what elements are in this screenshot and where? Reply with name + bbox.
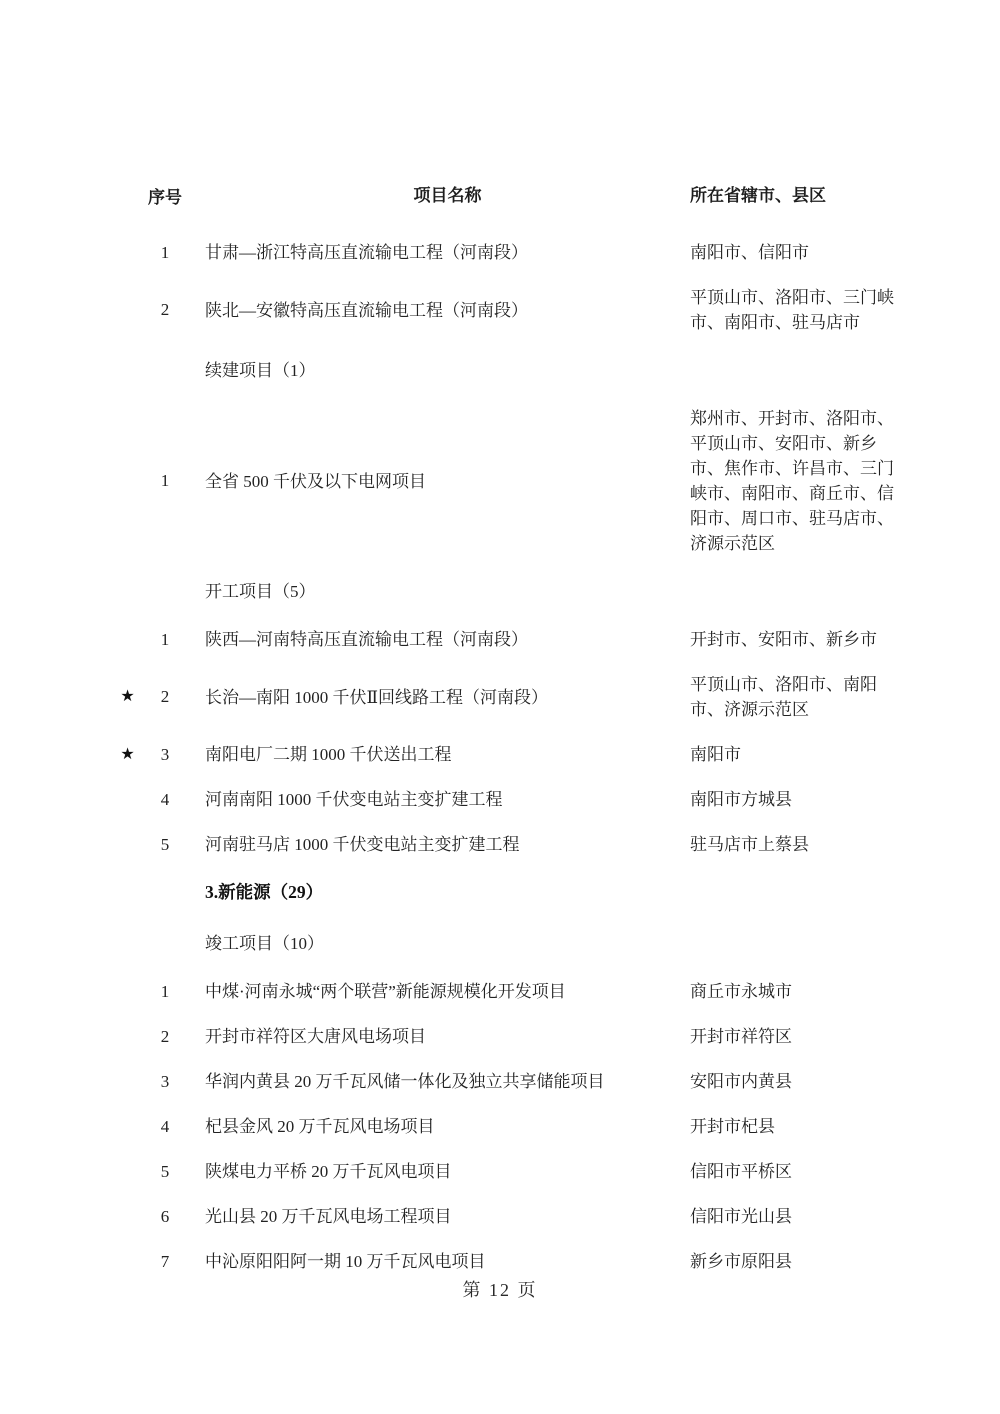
row-index: 1 [145, 630, 185, 650]
row-project-name: 光山县 20 万千瓦风电场工程项目 [185, 1204, 690, 1229]
row-index: 1 [145, 471, 185, 491]
star-cell: ★ [110, 688, 145, 706]
row-index: 7 [145, 1252, 185, 1272]
row-location: 开封市、安阳市、新乡市 [690, 627, 895, 652]
row-index: 5 [145, 835, 185, 855]
section-heading-text: 竣工项目（10） [185, 931, 690, 956]
row-location: 信阳市平桥区 [690, 1159, 895, 1184]
row-project-name: 甘肃—浙江特高压直流输电工程（河南段） [185, 240, 690, 265]
table-row: 4 河南南阳 1000 千伏变电站主变扩建工程 南阳市方城县 [110, 777, 900, 822]
star-cell: ★ [110, 746, 145, 764]
row-index: 4 [145, 1117, 185, 1137]
row-project-name: 全省 500 千伏及以下电网项目 [185, 469, 690, 494]
row-location: 安阳市内黄县 [690, 1069, 895, 1094]
row-location: 信阳市光山县 [690, 1204, 895, 1229]
section-heading-row: 续建项目（1） [110, 345, 900, 396]
row-project-name: 中沁原阳阳阿一期 10 万千瓦风电项目 [185, 1249, 690, 1274]
row-project-name: 陕北—安徽特高压直流输电工程（河南段） [185, 298, 690, 323]
row-location: 新乡市原阳县 [690, 1249, 895, 1274]
row-project-name: 开封市祥符区大唐风电场项目 [185, 1024, 690, 1049]
row-project-name: 河南南阳 1000 千伏变电站主变扩建工程 [185, 787, 690, 812]
row-project-name: 中煤·河南永城“两个联营”新能源规模化开发项目 [185, 979, 690, 1004]
row-project-name: 陕煤电力平桥 20 万千瓦风电项目 [185, 1159, 690, 1184]
table-row: 1 陕西—河南特高压直流输电工程（河南段） 开封市、安阳市、新乡市 [110, 617, 900, 662]
row-project-name: 南阳电厂二期 1000 千伏送出工程 [185, 742, 690, 767]
row-index: 1 [145, 243, 185, 263]
table-row: 1 甘肃—浙江特高压直流输电工程（河南段） 南阳市、信阳市 [110, 230, 900, 275]
row-index: 4 [145, 790, 185, 810]
row-location: 开封市杞县 [690, 1114, 895, 1139]
table-row: 5 陕煤电力平桥 20 万千瓦风电项目 信阳市平桥区 [110, 1149, 900, 1194]
row-project-name: 河南驻马店 1000 千伏变电站主变扩建工程 [185, 832, 690, 857]
section-heading-text: 续建项目（1） [185, 358, 690, 383]
project-table: 序号 项目名称 所在省辖市、县区 1 甘肃—浙江特高压直流输电工程（河南段） 南… [110, 183, 900, 1284]
table-row: 2 开封市祥符区大唐风电场项目 开封市祥符区 [110, 1014, 900, 1059]
header-location: 所在省辖市、县区 [690, 183, 895, 208]
star-icon: ★ [120, 686, 134, 705]
document-page: 序号 项目名称 所在省辖市、县区 1 甘肃—浙江特高压直流输电工程（河南段） 南… [0, 0, 1000, 1414]
row-index: 3 [145, 745, 185, 765]
table-row: 1 全省 500 千伏及以下电网项目 郑州市、开封市、洛阳市、平顶山市、安阳市、… [110, 396, 900, 566]
header-index: 序号 [145, 183, 185, 208]
row-project-name: 陕西—河南特高压直流输电工程（河南段） [185, 627, 690, 652]
row-location: 开封市祥符区 [690, 1024, 895, 1049]
row-project-name: 华润内黄县 20 万千瓦风储一体化及独立共享储能项目 [185, 1069, 690, 1094]
table-row: ★ 2 长治—南阳 1000 千伏Ⅱ回线路工程（河南段） 平顶山市、洛阳市、南阳… [110, 662, 900, 732]
header-project-name: 项目名称 [185, 183, 690, 208]
section-heading-row: 3.新能源（29） [110, 867, 900, 918]
row-index: 2 [145, 300, 185, 320]
row-index: 2 [145, 687, 185, 707]
star-icon: ★ [120, 744, 134, 763]
table-body: 1 甘肃—浙江特高压直流输电工程（河南段） 南阳市、信阳市 2 陕北—安徽特高压… [110, 230, 900, 1284]
row-location: 平顶山市、洛阳市、三门峡市、南阳市、驻马店市 [690, 285, 895, 335]
section-heading-row: 开工项目（5） [110, 566, 900, 617]
row-index: 6 [145, 1207, 185, 1227]
row-location: 郑州市、开封市、洛阳市、平顶山市、安阳市、新乡市、焦作市、许昌市、三门峡市、南阳… [690, 406, 895, 556]
table-row: ★ 3 南阳电厂二期 1000 千伏送出工程 南阳市 [110, 732, 900, 777]
table-row: 6 光山县 20 万千瓦风电场工程项目 信阳市光山县 [110, 1194, 900, 1239]
row-location: 南阳市 [690, 742, 895, 767]
section-heading-row: 竣工项目（10） [110, 918, 900, 969]
row-location: 商丘市永城市 [690, 979, 895, 1004]
row-index: 3 [145, 1072, 185, 1092]
row-project-name: 长治—南阳 1000 千伏Ⅱ回线路工程（河南段） [185, 685, 690, 710]
table-row: 4 杞县金风 20 万千瓦风电场项目 开封市杞县 [110, 1104, 900, 1149]
table-row: 2 陕北—安徽特高压直流输电工程（河南段） 平顶山市、洛阳市、三门峡市、南阳市、… [110, 275, 900, 345]
section-heading-text: 3.新能源（29） [185, 880, 690, 905]
row-index: 2 [145, 1027, 185, 1047]
row-index: 5 [145, 1162, 185, 1182]
section-heading-text: 开工项目（5） [185, 579, 690, 604]
row-location: 南阳市、信阳市 [690, 240, 895, 265]
row-location: 驻马店市上蔡县 [690, 832, 895, 857]
row-project-name: 杞县金风 20 万千瓦风电场项目 [185, 1114, 690, 1139]
row-location: 平顶山市、洛阳市、南阳市、济源示范区 [690, 672, 895, 722]
table-row: 1 中煤·河南永城“两个联营”新能源规模化开发项目 商丘市永城市 [110, 969, 900, 1014]
table-header-row: 序号 项目名称 所在省辖市、县区 [110, 183, 900, 208]
table-row: 5 河南驻马店 1000 千伏变电站主变扩建工程 驻马店市上蔡县 [110, 822, 900, 867]
page-number: 第 12 页 [0, 1276, 1000, 1302]
table-row: 3 华润内黄县 20 万千瓦风储一体化及独立共享储能项目 安阳市内黄县 [110, 1059, 900, 1104]
row-location: 南阳市方城县 [690, 787, 895, 812]
row-index: 1 [145, 982, 185, 1002]
